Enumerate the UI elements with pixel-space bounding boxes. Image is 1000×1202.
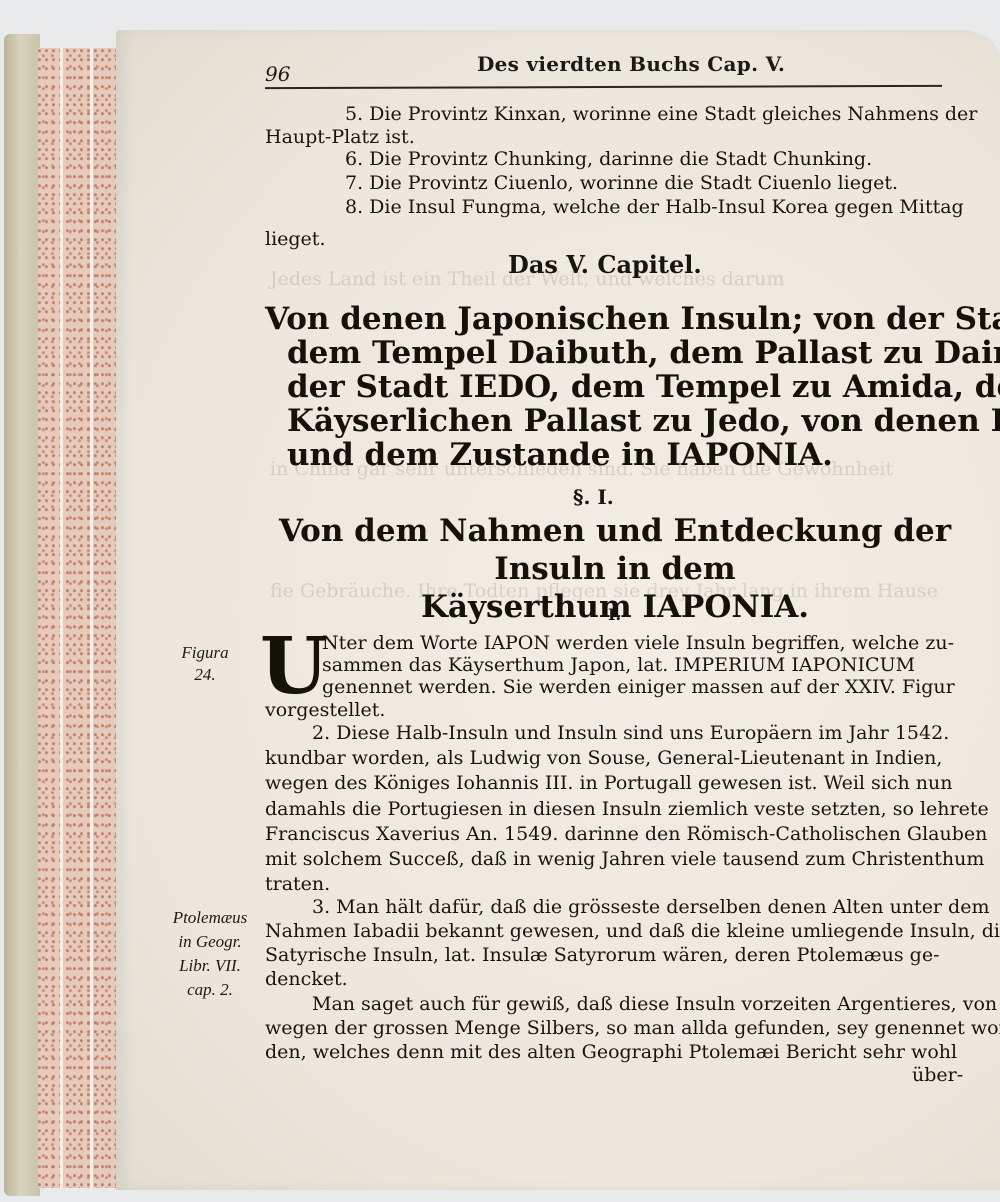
- paragraph-1-line: vorgestellet.: [265, 699, 385, 721]
- margin-note-ptolemaeus: Ptolemæus in Geogr. Libr. VII. cap. 2.: [160, 906, 260, 1002]
- chapter-label: Das V. Capitel.: [508, 250, 702, 279]
- paragraph-1-line: genennet werden. Sie werden einiger mass…: [322, 676, 955, 698]
- book-spine: [4, 34, 40, 1196]
- paragraph-2-line: wegen des Königes Iohannis III. in Portu…: [265, 772, 953, 794]
- running-header: 96 Des vierdten Buchs Cap. V.: [265, 52, 945, 82]
- page-block-edge: [38, 48, 118, 1188]
- list-item-6: 6. Die Provintz Chunking, darinne die St…: [345, 148, 872, 170]
- paragraph-3-line: 3. Man hält dafür, daß die grösseste der…: [312, 896, 989, 918]
- list-item-5-cont: Haupt-Platz ist.: [265, 126, 415, 148]
- paragraph-3-line: dencket.: [265, 968, 348, 990]
- paragraph-2-line: damahls die Portugiesen in diesen Insuln…: [265, 798, 989, 820]
- page-number: 96: [265, 62, 290, 86]
- list-item-8-cont: lieget.: [265, 228, 325, 250]
- paragraph-number: I.: [608, 605, 621, 624]
- list-item-8: 8. Die Insul Fungma, welche der Halb-Ins…: [345, 196, 964, 218]
- chapter-title: Von denen Japonischen Insuln; von der St…: [265, 302, 965, 472]
- paragraph-2-line: Franciscus Xaverius An. 1549. darinne de…: [265, 823, 987, 845]
- paragraph-3-line: Satyrische Insuln, lat. Insulæ Satyrorum…: [265, 944, 940, 966]
- paragraph-3-line: Nahmen Iabadii bekannt gewesen, und daß …: [265, 920, 1000, 942]
- paragraph-1-line: Nter dem Worte IAPON werden viele Insuln…: [322, 632, 954, 654]
- list-item-7: 7. Die Provintz Ciuenlo, worinne die Sta…: [345, 172, 898, 194]
- paragraph-2-line: mit solchem Succeß, daß in wenig Jahren …: [265, 848, 984, 870]
- paragraph-4-line: den, welches denn mit des alten Geograph…: [265, 1041, 957, 1063]
- drop-cap: U: [260, 630, 322, 704]
- paragraph-2-line: traten.: [265, 873, 330, 895]
- catchword: über-: [912, 1064, 963, 1086]
- margin-note-figure: Figura 24.: [160, 642, 250, 686]
- paragraph-2-line: 2. Diese Halb-Insuln und Insuln sind uns…: [312, 722, 949, 744]
- paragraph-4-line: Man saget auch für gewiß, daß diese Insu…: [312, 993, 997, 1015]
- paragraph-1-line: sammen das Käyserthum Japon, lat. IMPERI…: [322, 654, 915, 676]
- paragraph-4-line: wegen der grossen Menge Silbers, so man …: [265, 1017, 1000, 1039]
- paragraph-2-line: kundbar worden, als Ludwig von Souse, Ge…: [265, 747, 942, 769]
- section-mark: §. I.: [573, 485, 614, 509]
- list-item-5: 5. Die Provintz Kinxan, worinne eine Sta…: [345, 103, 977, 125]
- running-head-title: Des vierdten Buchs Cap. V.: [477, 52, 785, 76]
